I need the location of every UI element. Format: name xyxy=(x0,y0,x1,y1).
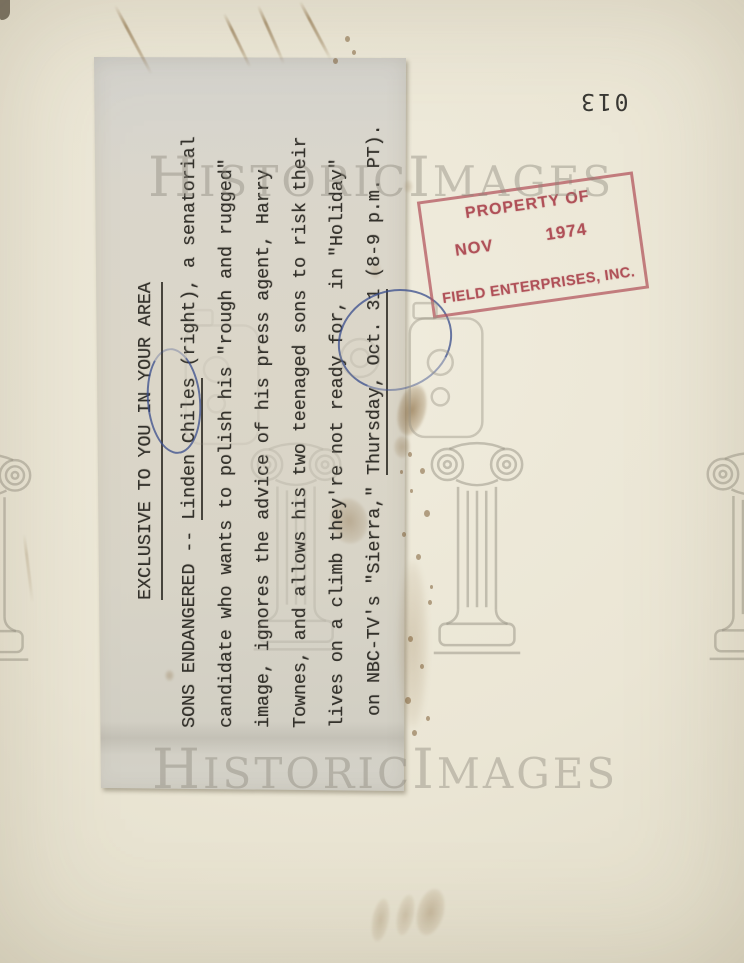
press-photo-back-scan: EXCLUSIVE TO YOU IN YOUR AREA SONS ENDAN… xyxy=(0,0,744,963)
smudge-mark xyxy=(368,897,392,943)
stain-mark xyxy=(404,180,413,193)
speck-mark xyxy=(405,697,411,704)
speck-mark xyxy=(426,716,430,721)
typed-caption: EXCLUSIVE TO YOU IN YOUR AREA SONS ENDAN… xyxy=(133,137,403,732)
caption-text: candidate who wants to polish his "rough… xyxy=(216,159,237,729)
watermark-letter: I xyxy=(412,737,437,801)
caption-text: lives on a climb they're not ready for, … xyxy=(327,159,348,729)
watermark-column-icon xyxy=(0,444,36,672)
caption-text: on NBC-TV's "Sierra," xyxy=(364,475,385,716)
caption-text: (8-9 p.m. PT). xyxy=(364,125,385,289)
property-stamp: PROPERTY OF NOV 1974 FIELD ENTERPRISES, … xyxy=(417,171,649,318)
caption-line-2: candidate who wants to polish his "rough… xyxy=(214,159,240,729)
speck-mark xyxy=(420,664,424,669)
caption-line-3: image, ignores the advice of his press a… xyxy=(251,169,277,728)
watermark-letters: MAGES xyxy=(437,749,618,798)
caption-line-6: on NBC-TV's "Sierra," Thursday, Oct. 31 … xyxy=(362,125,388,716)
corner-mark xyxy=(0,0,10,20)
caption-line-4: Townes, and allows his two teenaged sons… xyxy=(288,137,314,728)
stamp-line-company: FIELD ENTERPRISES, INC. xyxy=(433,263,645,308)
caption-text: SONS ENDANGERED -- xyxy=(179,520,200,728)
speck-mark xyxy=(345,36,350,42)
caption-text: image, ignores the advice of his press a… xyxy=(253,169,274,728)
speck-mark xyxy=(416,554,421,560)
typed-caption-block: EXCLUSIVE TO YOU IN YOUR AREA SONS ENDAN… xyxy=(133,137,403,732)
watermark-column-icon xyxy=(426,428,528,670)
speck-mark xyxy=(333,58,338,64)
watermark-column-icon xyxy=(702,442,744,672)
scratch-mark xyxy=(23,533,35,603)
speck-mark xyxy=(352,50,356,55)
scratch-mark xyxy=(257,5,286,65)
speck-mark xyxy=(408,636,413,642)
speck-mark xyxy=(420,468,425,474)
caption-text: (right), a senatorial xyxy=(179,137,200,378)
smudge-mark xyxy=(411,885,450,938)
speck-mark xyxy=(428,600,432,605)
smudge-mark xyxy=(393,893,418,938)
archive-number: 013 xyxy=(578,88,629,114)
caption-text: Townes, and allows his two teenaged sons… xyxy=(290,137,311,728)
speck-mark xyxy=(408,452,412,457)
speck-mark xyxy=(410,489,413,493)
stamp-date-year: 1974 xyxy=(544,219,588,245)
speck-mark xyxy=(424,510,430,517)
speck-mark xyxy=(430,585,433,589)
stamp-date-month: NOV xyxy=(454,237,495,261)
speck-mark xyxy=(412,730,417,736)
caption-line-5: lives on a climb they're not ready for, … xyxy=(325,159,351,729)
stamp-line-property-of: PROPERTY OF xyxy=(421,182,633,229)
scratch-mark xyxy=(299,1,333,61)
